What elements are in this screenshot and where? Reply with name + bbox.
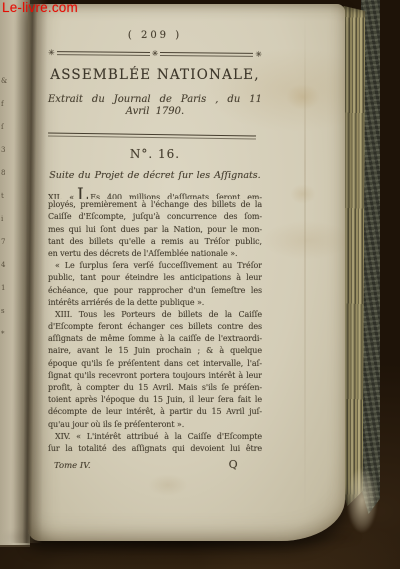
body-line: profit, à compter du 15 Avril. Mais s'il… — [48, 382, 262, 394]
section-title: Suite du Projet de décret ſur les Aſſign… — [48, 170, 262, 182]
edge-glyph: 1 — [1, 285, 5, 292]
printer-signature-mark: Q — [229, 458, 238, 471]
body-line: XIII. Tous les Porteurs de billets de la… — [48, 309, 262, 321]
page-footer: Tome IV. Q — [48, 458, 262, 471]
ornament-line — [57, 51, 150, 56]
body-line: aſſignats de même ſomme à la caiſſe de l… — [48, 333, 262, 345]
body-text: XII. «LEs 400 millions d'aſſignats ſeron… — [48, 187, 262, 455]
book-photo-scene: & f ſ 3 8 t i 7 4 1 s * ( 209 ) ✳ ✳ — [0, 0, 400, 569]
edge-glyph: 3 — [1, 147, 5, 154]
ornament-floret-left-icon: ✳ — [48, 47, 55, 59]
issue-number: N°. 16. — [48, 146, 262, 162]
body-line: public, tant pour éteindre les anticipat… — [48, 272, 262, 284]
page-corner-highlight — [347, 468, 377, 532]
header-ornament-rule: ✳ ✳ ✳ — [48, 47, 262, 61]
body-line: XII. «LEs 400 millions d'aſſignats ſeron… — [48, 187, 262, 199]
paper-stain — [290, 184, 316, 204]
body-line: décompte de leur intérêt, à partir du 15… — [48, 406, 262, 418]
document-title: ASSEMBLÉE NATIONALE, — [48, 67, 262, 84]
gutter-shadow — [10, 0, 48, 543]
body-line: époque qu'ils ſe préſentent dans cet int… — [48, 358, 262, 370]
document-subtitle-line2: Avril 1790. — [48, 106, 262, 118]
body-line: toient après l'époque du 15 Juin, il leu… — [48, 394, 262, 406]
paper-stain — [286, 84, 320, 110]
body-line: naire, avant le 15 Juin prochain ; & à q… — [48, 345, 262, 357]
dropcap-letter: L — [77, 187, 88, 199]
ornament-floret-right-icon: ✳ — [255, 49, 262, 61]
edge-glyph: f — [1, 101, 4, 108]
le-livre-watermark: Le-livre.com — [2, 0, 78, 15]
page-number: ( 209 ) — [48, 30, 262, 42]
tome-label: Tome IV. — [48, 461, 91, 471]
edge-glyph: & — [1, 78, 7, 85]
body-line: ſignat qu'ils recevront portera toujours… — [48, 370, 262, 382]
printed-text-area: ( 209 ) ✳ ✳ ✳ ASSEMBLÉE NATIONALE, Extra… — [48, 28, 262, 471]
edge-glyph: t — [1, 193, 4, 200]
edge-glyph: 8 — [1, 170, 5, 177]
ornament-line — [160, 52, 253, 57]
edge-glyph: * — [1, 331, 5, 338]
body-line: qu'au jour où ils ſe préſenteront ». — [48, 419, 262, 431]
body-line: XIV. « L'intérêt attribué à la Caiſſe d'… — [48, 431, 262, 443]
body-line: « Le ſurplus ſera verſé ſucceſſivement a… — [48, 260, 262, 272]
body-line: d'Eſcompte feront échanger ces billets c… — [48, 321, 262, 333]
facing-page-text-fragments: & f ſ 3 8 t i 7 4 1 s * — [1, 78, 11, 338]
paper-crease — [304, 14, 306, 514]
divider-rule — [48, 133, 256, 140]
body-line: intérêts arriérés de la dette publique »… — [48, 297, 262, 309]
body-line: tant des billets qu'elle a remis au Tréſ… — [48, 236, 262, 248]
edge-glyph: 4 — [1, 262, 5, 269]
body-line: Caiſſe d'Eſcompte, juſqu'à concurrence d… — [48, 211, 262, 223]
body-line: échéance, que pour rapprocher d'un ſemeſ… — [48, 285, 262, 297]
body-line: ployés, premièrement à l'échange des bil… — [48, 199, 262, 211]
body-line: en vertu des décrets de l'Aſſemblée nati… — [48, 248, 262, 260]
edge-glyph: ſ — [1, 124, 4, 131]
book-page: ( 209 ) ✳ ✳ ✳ ASSEMBLÉE NATIONALE, Extra… — [28, 4, 345, 541]
body-line: ſur la totalité des aſſignats qui devoie… — [48, 443, 262, 455]
edge-glyph: s — [1, 308, 5, 315]
paper-stain — [148, 474, 188, 496]
ornament-floret-center-icon: ✳ — [152, 48, 159, 60]
edge-glyph: i — [1, 216, 3, 223]
edge-glyph: 7 — [1, 239, 5, 246]
document-subtitle-line1: Extrait du Journal de Paris , du 11 — [48, 94, 262, 106]
body-line: mes qui lui ſont dues par la Nation, pou… — [48, 224, 262, 236]
